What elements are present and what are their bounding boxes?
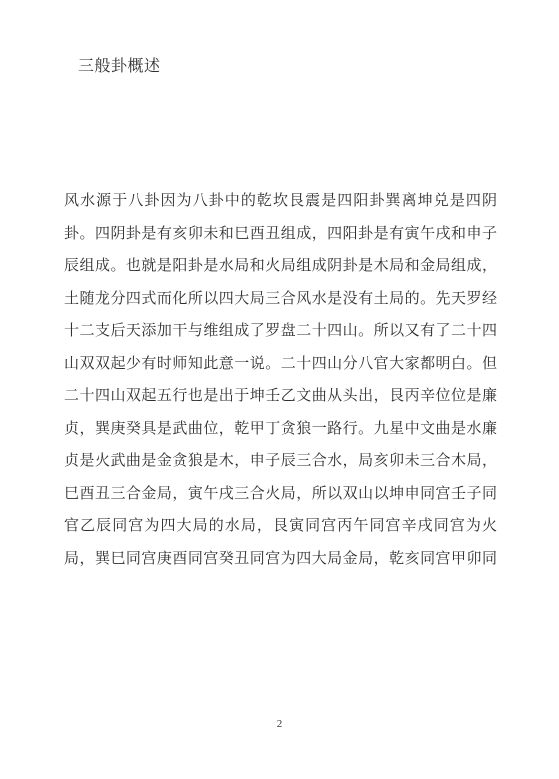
body-paragraph: 风水源于八卦因为八卦中的乾坎艮震是四阳卦巽离坤兑是四阴 卦。四阴卦是有亥卯未和巳…: [64, 185, 497, 575]
body-line: 卦。四阴卦是有亥卯未和巳酉丑组成，四阳卦是有寅午戌和申子: [64, 218, 497, 251]
body-line: 贞，巽庚癸具是武曲位，乾甲丁贪狼一路行。九星中文曲是水廉: [64, 413, 497, 446]
body-line: 局，巽巳同宫庚酉同宫癸丑同宫为四大局金局，乾亥同宫甲卯同: [64, 543, 497, 576]
body-line: 辰组成。也就是阳卦是水局和火局组成阴卦是木局和金局组成，: [64, 250, 497, 283]
body-line: 十二支后天添加干与维组成了罗盘二十四山。所以又有了二十四: [64, 315, 497, 348]
document-page: 三般卦概述 风水源于八卦因为八卦中的乾坎艮震是四阳卦巽离坤兑是四阴 卦。四阴卦是…: [0, 0, 559, 779]
body-line: 贞是火武曲是金贪狼是木，申子辰三合水，局亥卯未三合木局，: [64, 445, 497, 478]
section-title: 三般卦概述: [78, 56, 161, 78]
body-line: 土随龙分四式而化所以四大局三合风水是没有土局的。先天罗经: [64, 283, 497, 316]
body-line: 风水源于八卦因为八卦中的乾坎艮震是四阳卦巽离坤兑是四阴: [64, 185, 497, 218]
body-line: 山双双起少有时师知此意一说。二十四山分八官大家都明白。但: [64, 348, 497, 381]
page-number: 2: [0, 717, 559, 731]
body-line: 官乙辰同宫为四大局的水局，艮寅同宫丙午同宫辛戌同宫为火: [64, 510, 497, 543]
body-line: 巳酉丑三合金局，寅午戌三合火局，所以双山以坤申同宫壬子同: [64, 478, 497, 511]
body-line: 二十四山双起五行也是出于坤壬乙文曲从头出，艮丙辛位位是廉: [64, 380, 497, 413]
